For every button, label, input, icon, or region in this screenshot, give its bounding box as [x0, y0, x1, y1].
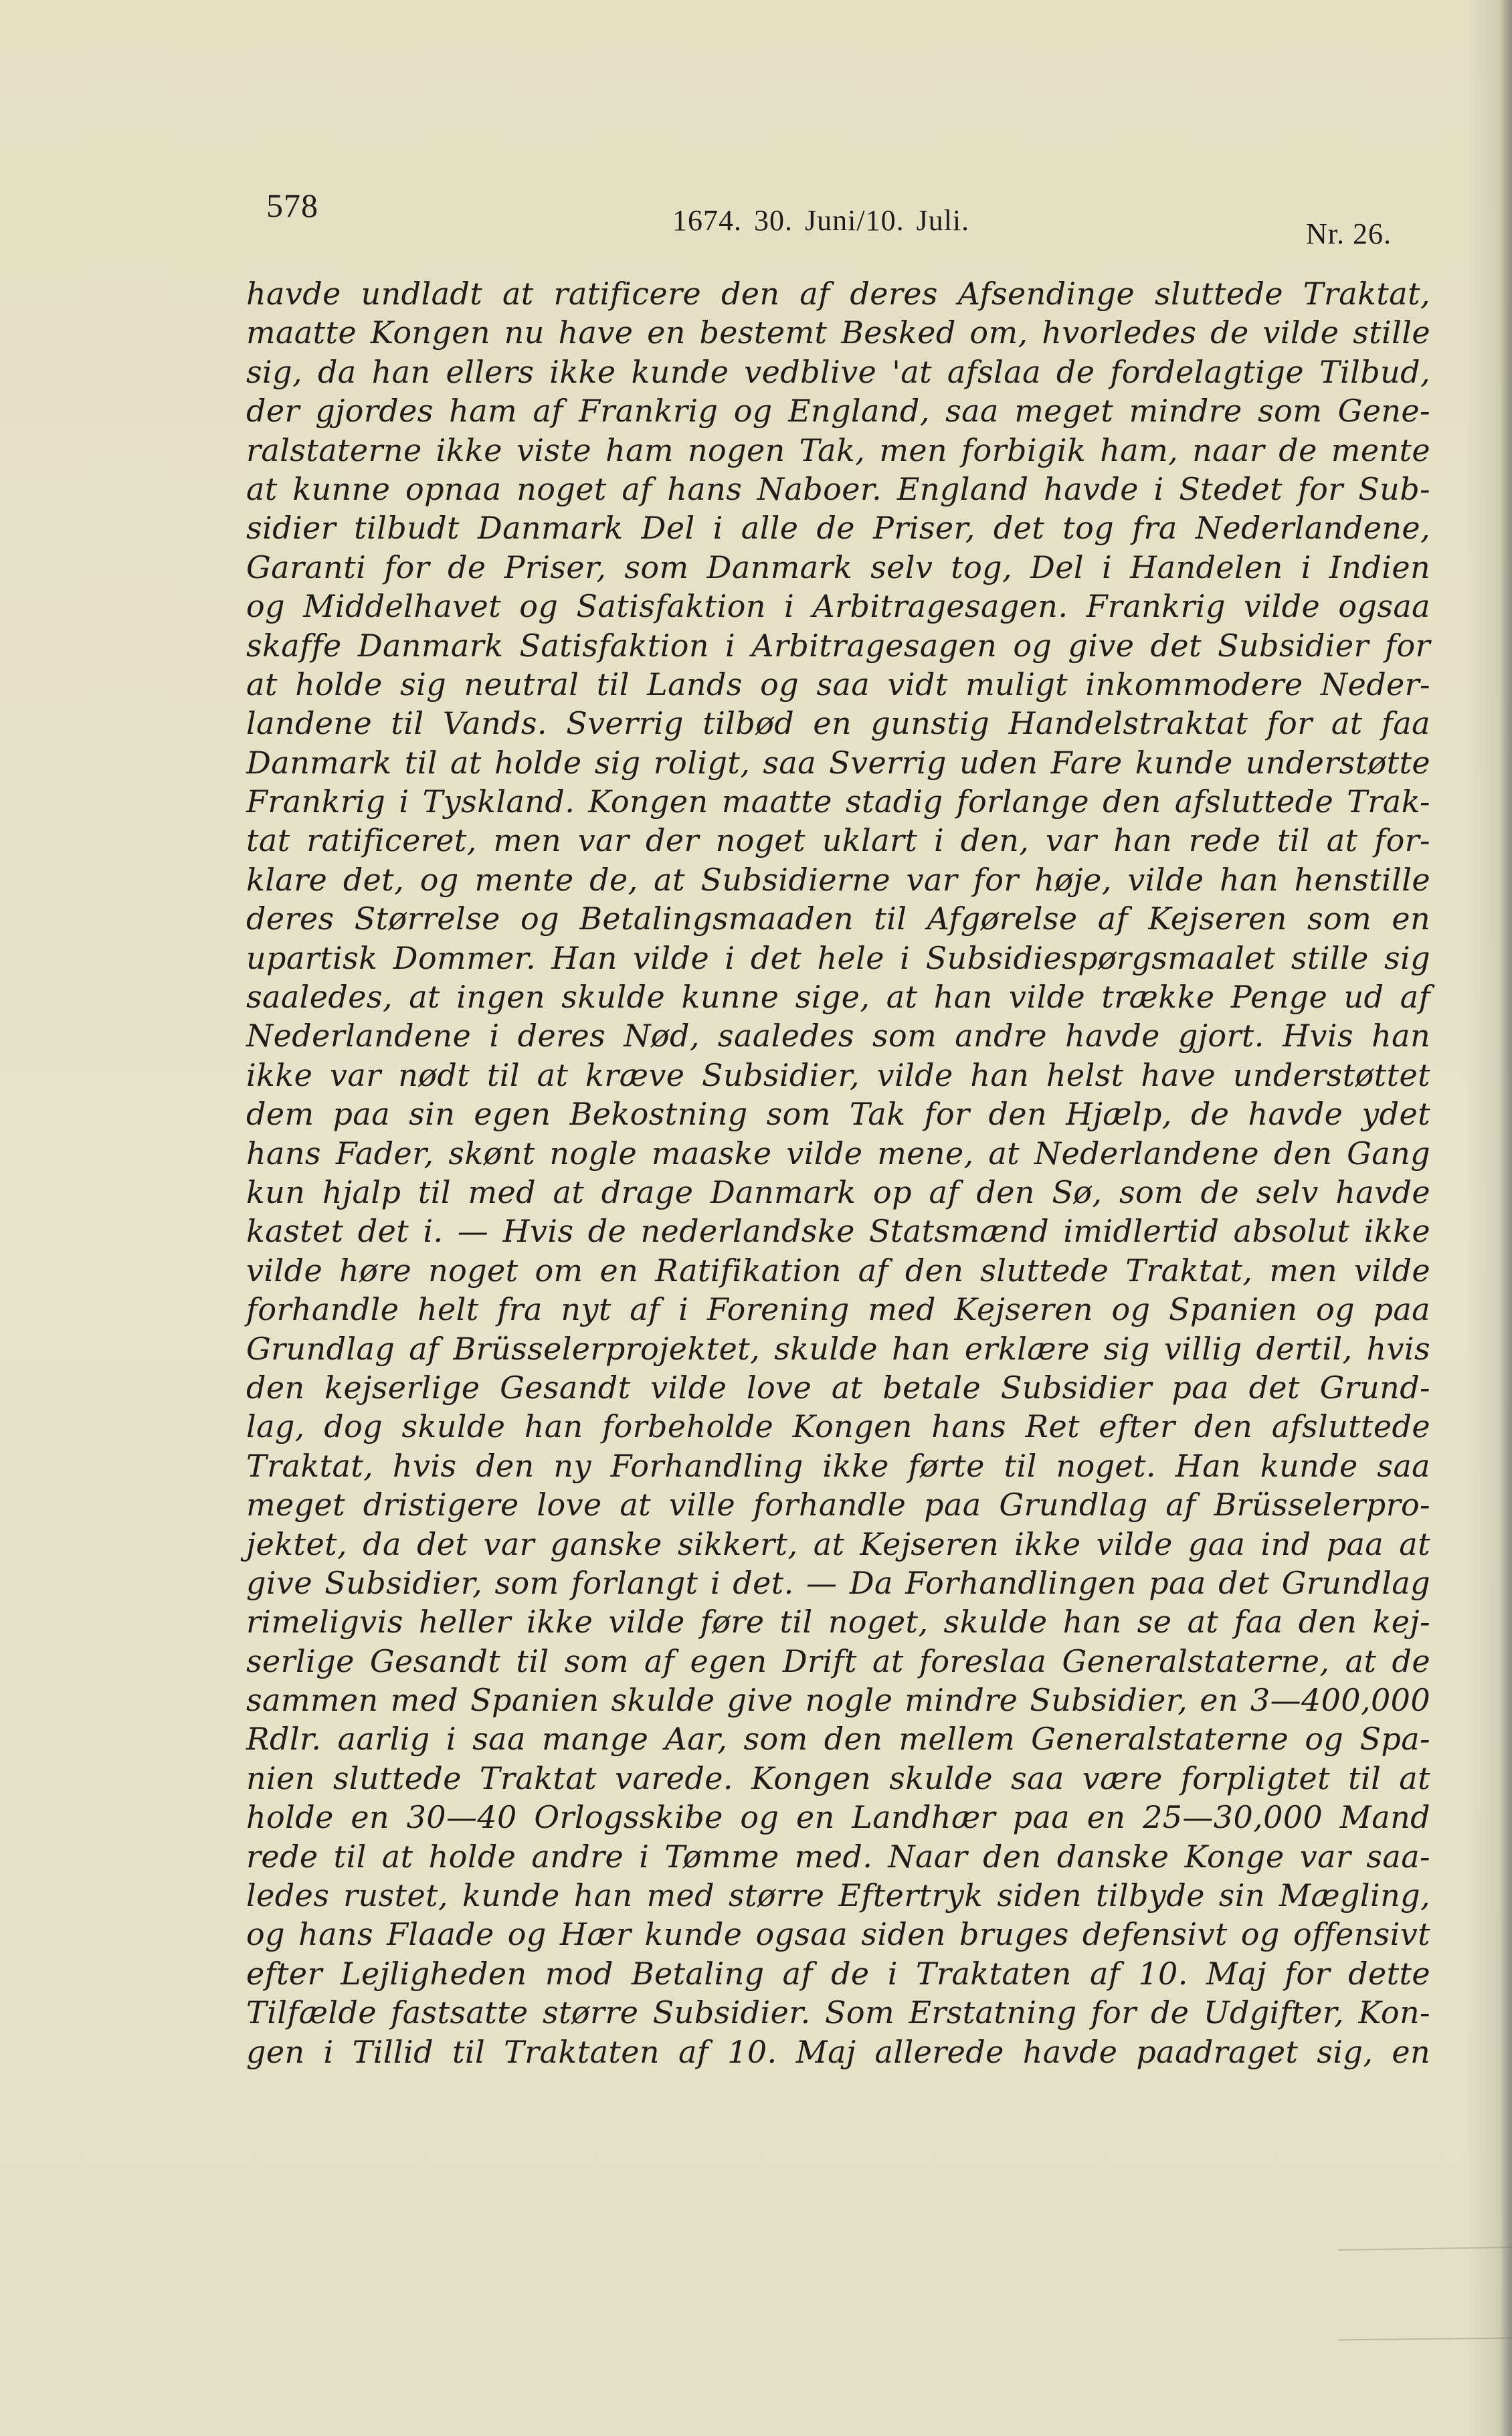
paper-fold-line — [1338, 2247, 1512, 2251]
text-line: maatte Kongen nu have en bestemt Besked … — [246, 313, 1430, 352]
text-line: jektet, da det var ganske sikkert, at Ke… — [246, 1525, 1430, 1564]
body-text: havde undladt at ratificere den af deres… — [246, 274, 1430, 2071]
text-line: kun hjalp til med at drage Danmark op af… — [246, 1173, 1430, 1212]
text-line: og hans Flaade og Hær kunde ogsaa siden … — [246, 1915, 1430, 1954]
text-line: og Middelhavet og Satisfaktion i Arbitra… — [246, 587, 1430, 626]
text-line: Tilfælde fastsatte større Subsidier. Som… — [246, 1993, 1430, 2032]
text-line: gen i Tillid til Traktaten af 10. Maj al… — [246, 2033, 1430, 2071]
text-line: den kejserlige Gesandt vilde love at bet… — [246, 1368, 1430, 1407]
text-line: serlige Gesandt til som af egen Drift at… — [246, 1642, 1430, 1681]
text-line: sammen med Spanien skulde give nogle min… — [246, 1681, 1430, 1719]
text-line: saaledes, at ingen skulde kunne sige, at… — [246, 977, 1430, 1016]
text-line: nien sluttede Traktat varede. Kongen sku… — [246, 1759, 1430, 1798]
text-line: sidier tilbudt Danmark Del i alle de Pri… — [246, 508, 1430, 547]
text-line: Frankrig i Tyskland. Kongen maatte stadi… — [246, 782, 1430, 821]
paper-fold-line — [1338, 2338, 1512, 2341]
text-line: Grundlag af Brüsselerprojektet, skulde h… — [246, 1329, 1430, 1368]
text-line: Rdlr. aarlig i saa mange Aar, som den me… — [246, 1719, 1430, 1758]
text-line: rede til at holde andre i Tømme med. Naa… — [246, 1837, 1430, 1876]
text-line: at holde sig neutral til Lands og saa vi… — [246, 665, 1430, 704]
text-line: deres Størrelse og Betalingsmaaden til A… — [246, 899, 1430, 938]
text-line: havde undladt at ratificere den af deres… — [246, 274, 1430, 313]
text-line: Nederlandene i deres Nød, saaledes som a… — [246, 1016, 1430, 1055]
text-line: at kunne opnaa noget af hans Naboer. Eng… — [246, 470, 1430, 508]
text-line: holde en 30—40 Orlogsskibe og en Landhær… — [246, 1798, 1430, 1837]
text-line: rimeligvis heller ikke vilde føre til no… — [246, 1602, 1430, 1641]
document-number: Nr. 26. — [1306, 219, 1392, 249]
text-line: dem paa sin egen Bekostning som Tak for … — [246, 1095, 1430, 1133]
text-line: klare det, og mente de, at Subsidierne v… — [246, 860, 1430, 899]
text-line: sig, da han ellers ikke kunde vedblive '… — [246, 353, 1430, 391]
text-line: der gjordes ham af Frankrig og England, … — [246, 391, 1430, 430]
text-line: forhandle helt fra nyt af i Forening med… — [246, 1290, 1430, 1329]
running-head-date: 1674. 30. Juni/10. Juli. — [672, 206, 969, 236]
text-line: ralstaterne ikke viste ham nogen Tak, me… — [246, 431, 1430, 470]
page-number: 578 — [266, 189, 318, 222]
page-edge-shadow — [1500, 0, 1512, 2436]
text-line: kastet det i. — Hvis de nederlandske Sta… — [246, 1212, 1430, 1250]
text-line: tat ratificeret, men var der noget uklar… — [246, 821, 1430, 860]
text-line: ikke var nødt til at kræve Subsidier, vi… — [246, 1056, 1430, 1095]
text-line: Garanti for de Priser, som Danmark selv … — [246, 548, 1430, 587]
text-line: lag, dog skulde han forbeholde Kongen ha… — [246, 1407, 1430, 1446]
text-line: vilde høre noget om en Ratifikation af d… — [246, 1251, 1430, 1290]
text-line: skaffe Danmark Satisfaktion i Arbitrages… — [246, 626, 1430, 665]
text-line: give Subsidier, som forlangt i det. — Da… — [246, 1564, 1430, 1602]
text-line: meget dristigere love at ville forhandle… — [246, 1485, 1430, 1524]
text-line: efter Lejligheden mod Betaling af de i T… — [246, 1954, 1430, 1993]
text-line: landene til Vands. Sverrig tilbød en gun… — [246, 704, 1430, 743]
text-line: Traktat, hvis den ny Forhandling ikke fø… — [246, 1446, 1430, 1485]
text-line: Danmark til at holde sig roligt, saa Sve… — [246, 743, 1430, 782]
text-line: upartisk Dommer. Han vilde i det hele i … — [246, 939, 1430, 977]
text-line: ledes rustet, kunde han med større Efter… — [246, 1876, 1430, 1915]
text-line: hans Fader, skønt nogle maaske vilde men… — [246, 1134, 1430, 1173]
